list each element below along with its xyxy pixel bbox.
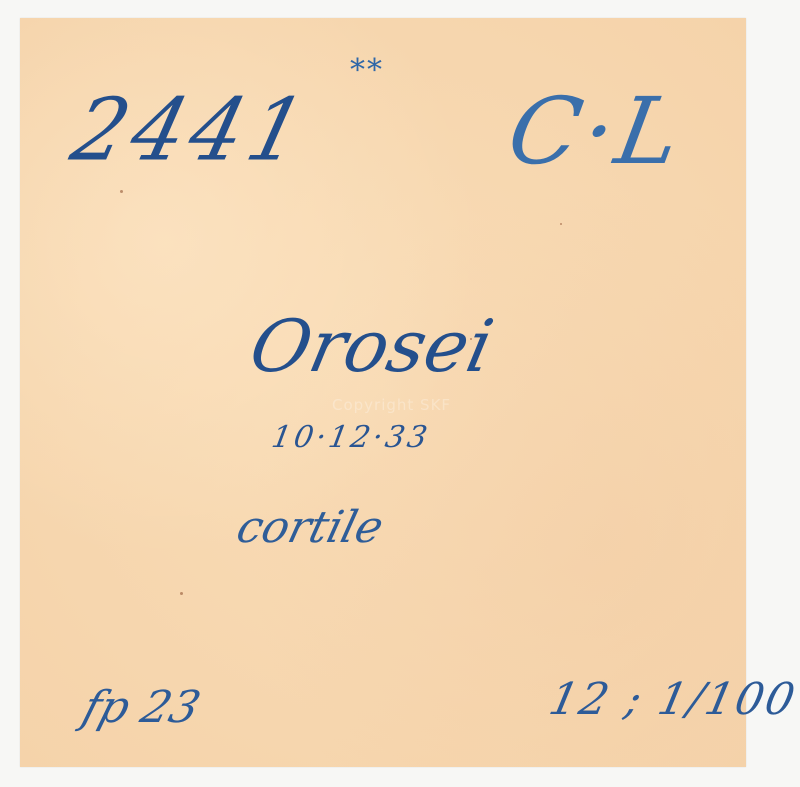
film-reference: fp 23 [78, 686, 205, 730]
location-note: cortile [233, 506, 388, 550]
catalog-mark-stars: ** [350, 56, 384, 86]
paper-speck [180, 592, 183, 595]
place-name: Orosei [244, 310, 499, 382]
scale-note: 12 ; 1/100 [545, 678, 800, 722]
copyright-watermark: Copyright SKF [332, 396, 451, 414]
date: 10·12·33 [269, 423, 432, 453]
paper-speck [120, 190, 123, 193]
paper-speck [560, 223, 562, 225]
author-initials: C·L [502, 86, 691, 178]
catalog-number: 2441 [64, 88, 318, 174]
handwritten-index-card: 2441 ** C·L Orosei Copyright SKF 10·12·3… [20, 18, 746, 767]
